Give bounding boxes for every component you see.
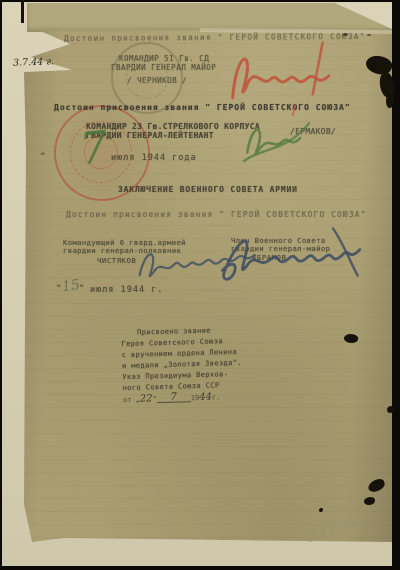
ink-blot [386,92,394,108]
corps-date-day-handwritten: 7 [78,125,111,174]
division-commander-title: КОМАНДИР 51 Гв. СД [119,54,209,63]
scanned-award-document: 3.7.44 г. Достоин присвоения звания " ГЕ… [0,0,400,570]
council-date-text: июля 1944 г. [90,285,163,295]
corps-commander-title: КОМАНДИР 23 Гв.СТРЕЛКОВОГО КОРПУСА [86,122,260,131]
corps-date-open-quote: " [40,152,45,162]
council-member-signature [211,219,368,292]
division-commander-name: / ЧЕРНИКОВ / [127,76,187,85]
council-date-open-quote: " [56,284,61,294]
award-date-year-prefix: 19 [191,394,200,402]
award-date-year-handwritten: 44 [199,394,212,402]
award-date-suffix: г. [212,393,221,401]
award-stamp-block: Присвоено звание Героя Советского Союза … [121,324,275,404]
ink-line-mark [21,0,24,23]
award-date-prefix: от „ [123,396,140,404]
council-worthy-line: Достоин присвоения звания " ГЕРОЙ СОВЕТС… [66,210,367,219]
ink-speck [367,34,371,36]
green-pencil-signature [238,107,318,168]
division-commander-rank: ГВАРДИИ ГЕНЕРАЛ МАЙОР [111,63,216,72]
margin-date-note: 3.7.44 г. [13,56,54,68]
award-date-day-handwritten: 22 [140,395,153,403]
council-date-day-handwritten: 15 [61,277,81,295]
award-date-close-quote: " [152,395,156,403]
army-commander-name: ЧИСТЯКОВ [97,256,136,265]
council-heading: ЗАКЛЮЧЕНИЕ ВОЕННОГО СОВЕТА АРМИИ [118,185,298,194]
ink-blot [387,406,394,413]
council-date-close-quote: " [79,284,84,294]
award-date-month-handwritten: 7 [157,393,191,403]
corps-date-text: июля 1944 года [111,153,197,163]
